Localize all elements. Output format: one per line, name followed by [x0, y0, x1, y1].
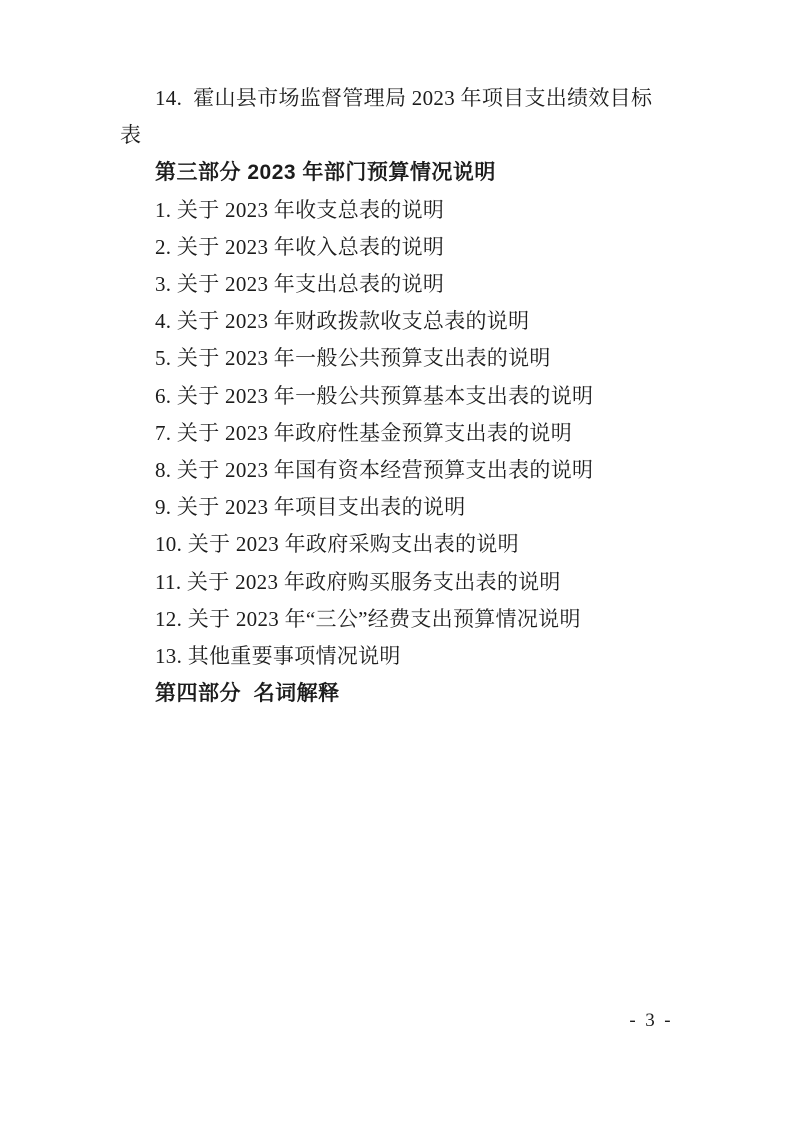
document-page: 14. 霍山县市场监督管理局 2023 年项目支出绩效目标表 第三部分 2023…: [0, 0, 793, 1122]
toc-entry-14: 14. 霍山县市场监督管理局 2023 年项目支出绩效目标表: [120, 80, 677, 154]
toc-item-7: 7. 关于 2023 年政府性基金预算支出表的说明: [120, 415, 677, 452]
toc-entry-14-line1: 14. 霍山县市场监督管理局 2023 年项目支出绩效目标: [155, 86, 652, 110]
toc-content: 14. 霍山县市场监督管理局 2023 年项目支出绩效目标表 第三部分 2023…: [120, 80, 677, 712]
toc-item-8: 8. 关于 2023 年国有资本经营预算支出表的说明: [120, 452, 677, 489]
toc-item-4: 4. 关于 2023 年财政拨款收支总表的说明: [120, 303, 677, 340]
toc-item-11: 11. 关于 2023 年政府购买服务支出表的说明: [120, 564, 677, 601]
toc-item-13: 13. 其他重要事项情况说明: [120, 638, 677, 675]
toc-item-9: 9. 关于 2023 年项目支出表的说明: [120, 489, 677, 526]
toc-item-3: 3. 关于 2023 年支出总表的说明: [120, 266, 677, 303]
toc-item-6: 6. 关于 2023 年一般公共预算基本支出表的说明: [120, 378, 677, 415]
section-heading-part4: 第四部分 名词解释: [120, 675, 677, 712]
toc-entry-14-line2: 表: [120, 123, 141, 147]
toc-item-2: 2. 关于 2023 年收入总表的说明: [120, 229, 677, 266]
toc-item-10: 10. 关于 2023 年政府采购支出表的说明: [120, 526, 677, 563]
page-number: - 3 -: [600, 1010, 700, 1032]
toc-item-1: 1. 关于 2023 年收支总表的说明: [120, 192, 677, 229]
section-heading-part3: 第三部分 2023 年部门预算情况说明: [120, 154, 677, 191]
toc-item-12: 12. 关于 2023 年“三公”经费支出预算情况说明: [120, 601, 677, 638]
toc-item-5: 5. 关于 2023 年一般公共预算支出表的说明: [120, 340, 677, 377]
